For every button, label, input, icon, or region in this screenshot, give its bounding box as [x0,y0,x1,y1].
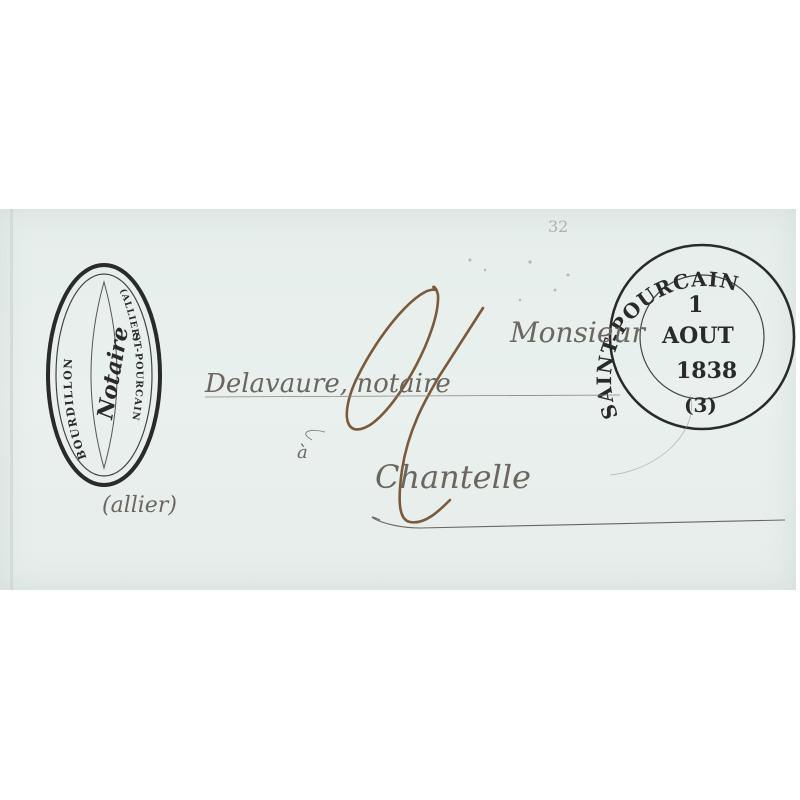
postmark-year: 1838 [676,358,737,384]
postmark-month: AOUT [661,323,734,349]
address-town: Chantelle [375,458,531,496]
cachet-town: ST-POURCAIN [129,333,144,422]
cachet-notaire: Notaire [92,325,134,422]
address-name: Delavaure, notaire [204,369,451,399]
cachet-name: BOURDILLON [61,357,89,462]
letter-markings: BOURDILLON ST-POURCAIN (ALLIER) Notaire … [0,0,800,800]
notary-cachet: BOURDILLON ST-POURCAIN (ALLIER) Notaire [48,265,160,485]
faint-mark: 32 [548,217,568,236]
address-salutation: Monsieur [509,316,646,349]
address-prefix: à [297,442,308,463]
postmark-department: (3) [684,393,717,417]
postmark-day: 1 [688,292,703,318]
address-department: (allier) [102,493,177,518]
